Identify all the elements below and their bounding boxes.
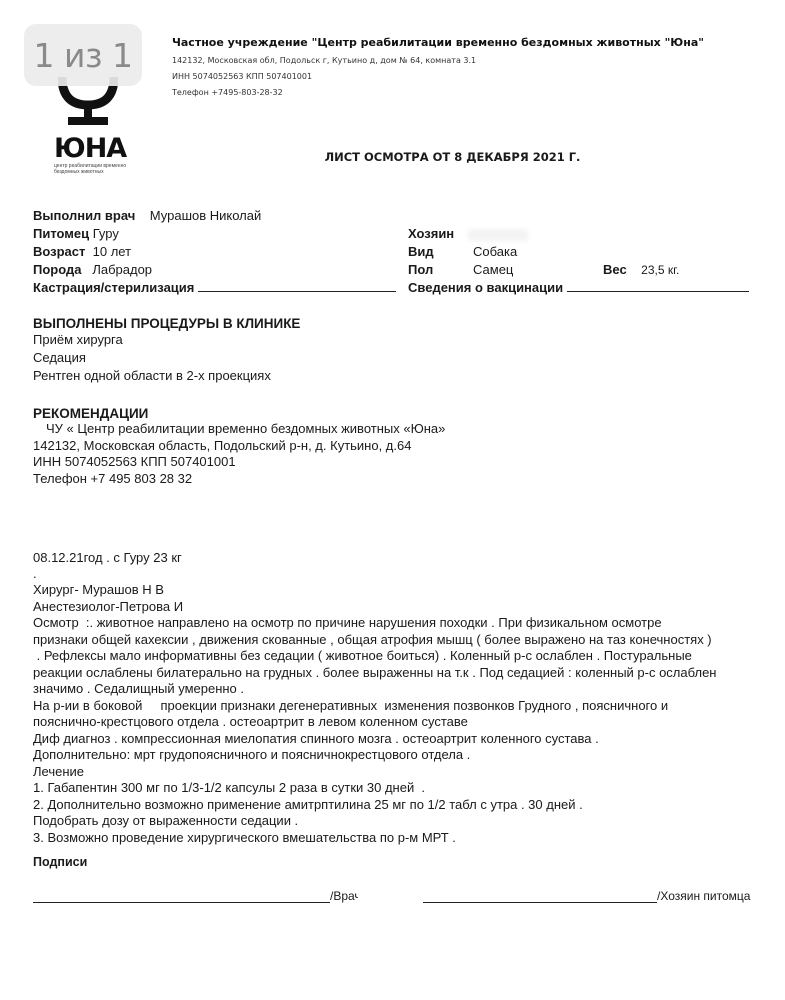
weight-row: Вес 23,5 кг. <box>603 261 679 279</box>
breed-label: Порода <box>33 262 81 277</box>
sex-row: ПолСамец <box>408 261 513 279</box>
age-row: Возраст 10 лет <box>33 243 131 261</box>
notes-line: Анестезиолог-Петрова И <box>33 599 716 616</box>
doctor-value: Мурашов Николай <box>150 208 261 223</box>
org-name: Частное учреждение "Центр реабилитации в… <box>172 36 704 49</box>
doctor-signature-label: /Врач <box>330 889 358 903</box>
recommendation-line: ИНН 5074052563 КПП 507401001 <box>33 454 445 471</box>
notes-date-line: 08.12.21год . с Гуру 23 кг <box>33 549 182 567</box>
owner-signature-line[interactable] <box>423 888 657 903</box>
owner-label: Хозяин <box>408 226 454 241</box>
org-header: Частное учреждение "Центр реабилитации в… <box>172 36 704 104</box>
notes-line: На р-ии в боковой проекции признаки деге… <box>33 698 716 715</box>
notes-line: . Рефлексы мало информативны без седации… <box>33 648 716 665</box>
age-value: 10 лет <box>93 244 131 259</box>
notes-line: 2. Дополнительно возможно применение ами… <box>33 797 716 814</box>
doctor-label: Выполнил врач <box>33 208 135 223</box>
species-row: ВидСобака <box>408 243 517 261</box>
recommendation-line: 142132, Московская область, Подольский р… <box>33 438 445 455</box>
doctor-signature-line[interactable] <box>33 888 330 903</box>
notes-line: Лечение <box>33 764 716 781</box>
doctor-signature-field[interactable]: /Врач <box>33 888 363 903</box>
notes-line: пояснично-крестцового отдела . остеоартр… <box>33 714 716 731</box>
notes-line: значимо . Седалищный умеренно . <box>33 681 716 698</box>
breed-value: Лабрадор <box>92 262 152 277</box>
notes-line: 3. Возможно проведение хирургического вм… <box>33 830 716 847</box>
org-phone: Телефон +7495-803-28-32 <box>172 88 704 97</box>
recommendations-title: РЕКОМЕНДАЦИИ <box>33 406 445 421</box>
owner-row: Хозяин <box>408 225 528 243</box>
notes-line: Хирург- Мурашов Н В <box>33 582 716 599</box>
pet-value: Гуру <box>93 226 119 241</box>
vaccination-row: Сведения о вакцинации <box>408 279 749 297</box>
recommendation-line: ЧУ « Центр реабилитации временно бездомн… <box>33 421 445 438</box>
notes-intro: 08.12.21год . с Гуру 23 кг . <box>33 549 182 581</box>
weight-label: Вес <box>603 262 627 277</box>
org-address: 142132, Московская обл, Подольск г, Куть… <box>172 56 704 65</box>
pet-row: Питомец Гуру <box>33 225 119 243</box>
notes-dot-line: . <box>33 567 182 581</box>
notes-line: признаки общей кахексии , движения скова… <box>33 632 716 649</box>
procedure-item: Приём хирурга <box>33 331 300 349</box>
document-title: ЛИСТ ОСМОТРА ОТ 8 ДЕКАБРЯ 2021 Г. <box>0 150 785 164</box>
notes-line: 1. Габапентин 300 мг по 1/3-1/2 капсулы … <box>33 780 716 797</box>
notes-line: реакции ослаблены билатерально на грудны… <box>33 665 716 682</box>
sex-label: Пол <box>408 261 473 279</box>
procedures-section: ВЫПОЛНЕНЫ ПРОЦЕДУРЫ В КЛИНИКЕ Приём хиру… <box>33 316 300 385</box>
castration-label: Кастрация/стерилизация <box>33 280 194 295</box>
signatures-title: Подписи <box>33 855 87 869</box>
org-inn-kpp: ИНН 5074052563 КПП 507401001 <box>172 72 704 81</box>
notes-line: Диф диагноз . компрессионная миелопатия … <box>33 731 716 748</box>
breed-row: Порода Лабрадор <box>33 261 152 279</box>
notes-line: Подобрать дозу от выраженности седации . <box>33 813 716 830</box>
owner-signature-label: /Хозяин питомца <box>657 889 757 903</box>
vaccination-label: Сведения о вакцинации <box>408 280 563 295</box>
recommendation-line: Телефон +7 495 803 28 32 <box>33 471 445 488</box>
notes-line: Дополнительно: мрт грудопоясничного и по… <box>33 747 716 764</box>
species-label: Вид <box>408 243 473 261</box>
owner-value-redacted <box>468 229 528 241</box>
logo-subtitle: центр реабилитации временно бездомных жи… <box>54 163 134 175</box>
procedure-item: Седация <box>33 349 300 367</box>
owner-signature-field[interactable]: /Хозяин питомца <box>423 888 763 903</box>
castration-row: Кастрация/стерилизация <box>33 279 396 297</box>
notes-body: Хирург- Мурашов Н ВАнестезиолог-Петрова … <box>33 582 716 846</box>
procedures-title: ВЫПОЛНЕНЫ ПРОЦЕДУРЫ В КЛИНИКЕ <box>33 316 300 331</box>
sex-value: Самец <box>473 262 513 277</box>
species-value: Собака <box>473 244 517 259</box>
castration-blank-line <box>198 280 396 292</box>
page-indicator: 1 из 1 <box>24 24 142 86</box>
age-label: Возраст <box>33 244 85 259</box>
vaccination-blank-line <box>567 280 749 292</box>
doctor-row: Выполнил врач Мурашов Николай <box>33 207 261 225</box>
pet-label: Питомец <box>33 226 89 241</box>
recommendations-section: РЕКОМЕНДАЦИИ ЧУ « Центр реабилитации вре… <box>33 406 445 487</box>
weight-value: 23,5 кг. <box>641 263 679 277</box>
notes-line: Осмотр :. животное направлено на осмотр … <box>33 615 716 632</box>
procedure-item: Рентген одной области в 2-х проекциях <box>33 367 300 385</box>
